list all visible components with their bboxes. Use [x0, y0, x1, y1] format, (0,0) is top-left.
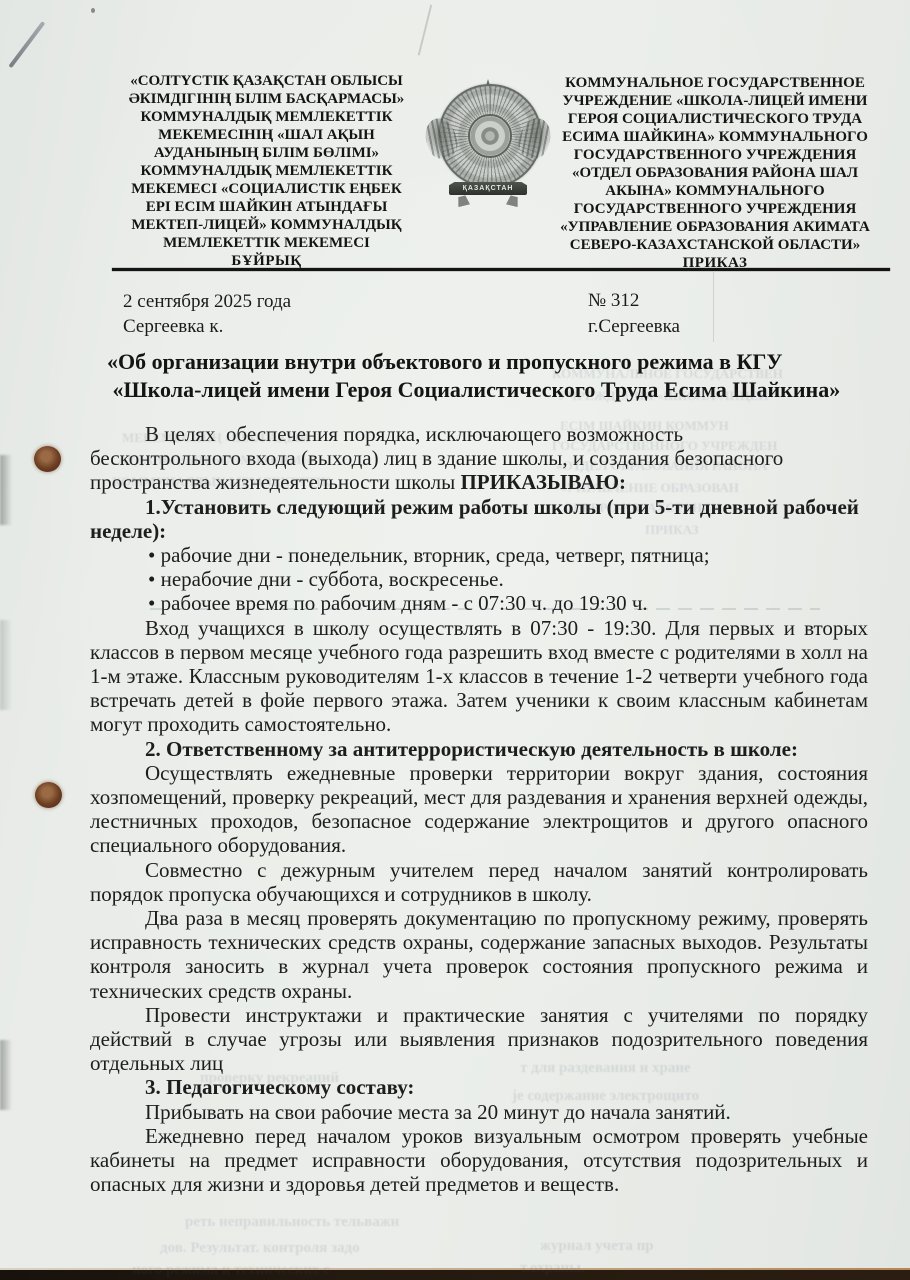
- binder-hole-bottom: [35, 782, 62, 808]
- header-divider: [112, 268, 890, 271]
- bleed-through-text: СЕВЕРО-КАЗАХСТАНСК: [564, 500, 721, 516]
- bleed-through-text: журнал учета пр: [540, 1238, 654, 1255]
- paragraph: Прибывать на свои рабочие места за 20 ми…: [90, 1100, 868, 1124]
- bullet-icon: •: [148, 591, 161, 615]
- left-edge-smudge: [0, 455, 12, 525]
- order-date: 2 сентября 2025 года: [123, 291, 291, 313]
- paragraph: Совместно с дежурным учителем перед нача…: [90, 858, 868, 906]
- left-edge-smudge: [0, 620, 12, 710]
- header-org-kazakh: «СОЛТҮСТІК ҚАЗАҚСТАН ОБЛЫСЫ ӘКІМДІГІНІҢ …: [104, 72, 429, 270]
- bleed-through-text: АУДАНЫНЫҢ БІЛІМ БӨЛІМІ»: [118, 452, 313, 468]
- bleed-through-text: реть неправильность тельважн: [185, 1214, 399, 1231]
- bleed-through-text: ного режима и технических с: [132, 1262, 330, 1279]
- paragraph: Провести инструктажи и практические заня…: [90, 1003, 868, 1076]
- bleed-through-text: т для раздевания и хране: [520, 1060, 691, 1077]
- bleed-through-text: ГОСУДАРСТВЕННОГО УЧРЕЖДЕН: [552, 438, 777, 454]
- place-russian: г.Сергеевка: [588, 316, 680, 338]
- paragraph: Вход учащихся в школу осуществлять в 07:…: [90, 616, 868, 737]
- org-name-kazakh: «СОЛТҮСТІК ҚАЗАҚСТАН ОБЛЫСЫ ӘКІМДІГІНІҢ …: [104, 72, 429, 252]
- crease-mark-top: [418, 5, 433, 56]
- emblem-tassel-left: [456, 195, 470, 208]
- bleed-through-text: т.охраны.: [520, 1260, 585, 1277]
- header-org-russian: КОММУНАЛЬНОЕ ГОСУДАРСТВЕННОЕ УЧРЕЖДЕНИЕ …: [545, 74, 885, 272]
- bleed-through-text: «УПРАВЛЕНИЕ ОБРАЗОВАН: [560, 480, 739, 496]
- bleed-through-text: УЧРЕЖДЕНИЯ «ШКОЛА-ЛИЦЕЙ: [558, 388, 768, 404]
- bleed-through-text: МЕКЕМЕСІНІҢ «ШАЛ АҚЫН: [122, 430, 310, 446]
- emblem-tassel-right: [506, 195, 520, 208]
- bleed-through-text: КОММУНАЛЬНОЕ ГОСУДАРСТВЕН: [552, 366, 783, 382]
- bleed-through-text: ЕСІМ ШАЙКИН КОММУН: [560, 418, 729, 434]
- paragraph: 2. Ответственному за антитеррористическу…: [90, 737, 868, 761]
- paragraph: Осуществлять ежедневные проверки террито…: [90, 761, 868, 858]
- paragraph: Два раза в месяц проверять документацию …: [90, 906, 868, 1003]
- place-kazakh: Сергеевка к.: [123, 316, 223, 338]
- binder-hole-top: [34, 446, 61, 472]
- order-title: «Об организации внутри объектового и про…: [107, 348, 903, 404]
- paragraph: Ежедневно перед началом уроков визуальны…: [90, 1124, 868, 1197]
- bleed-through-text: «ОТДЕЛ ОБРАЗОВАНИЯ РАЙОНА: [556, 458, 767, 474]
- emblem-banner: ҚАЗАҚСТАН: [449, 182, 527, 195]
- order-number: № 312: [588, 290, 639, 312]
- bullet-icon: •: [148, 543, 161, 567]
- paragraph: 1.Установить следующий режим работы школ…: [90, 495, 868, 543]
- bullet-item: • нерабочие дни - суббота, воскресенье.: [90, 567, 868, 591]
- bleed-through-line: [150, 608, 820, 610]
- emblem-shanyrak: [468, 114, 512, 158]
- staple-mark: [8, 21, 45, 68]
- dirt-speck: [91, 8, 95, 13]
- org-name-russian: КОММУНАЛЬНОЕ ГОСУДАРСТВЕННОЕ УЧРЕЖДЕНИЕ …: [545, 74, 885, 254]
- scanned-document-page: «СОЛТҮСТІК ҚАЗАҚСТАН ОБЛЫСЫ ӘКІМДІГІНІҢ …: [0, 0, 910, 1280]
- bleed-through-text: проверку рекреаций: [200, 1070, 339, 1087]
- bleed-through-text: дов. Результат. контроля задо: [160, 1240, 360, 1257]
- kazakhstan-coat-of-arms-icon: ҚАЗАҚСТАН: [433, 82, 543, 206]
- bullet-item: • рабочие дни - понедельник, вторник, ср…: [90, 543, 868, 567]
- bullet-item: • рабочее время по рабочим дням - с 07:3…: [90, 591, 868, 615]
- bleed-through-text: ПРИКАЗ: [645, 522, 699, 538]
- left-edge-smudge: [0, 1040, 12, 1110]
- bullet-icon: •: [148, 567, 161, 591]
- bleed-through-text: је содержание электрощито: [512, 1088, 699, 1105]
- bleed-through-text: КОММУНАЛДЫҚ МЕМЛЕКЕТТІК: [112, 474, 330, 490]
- crease-mark-middle: [713, 272, 714, 342]
